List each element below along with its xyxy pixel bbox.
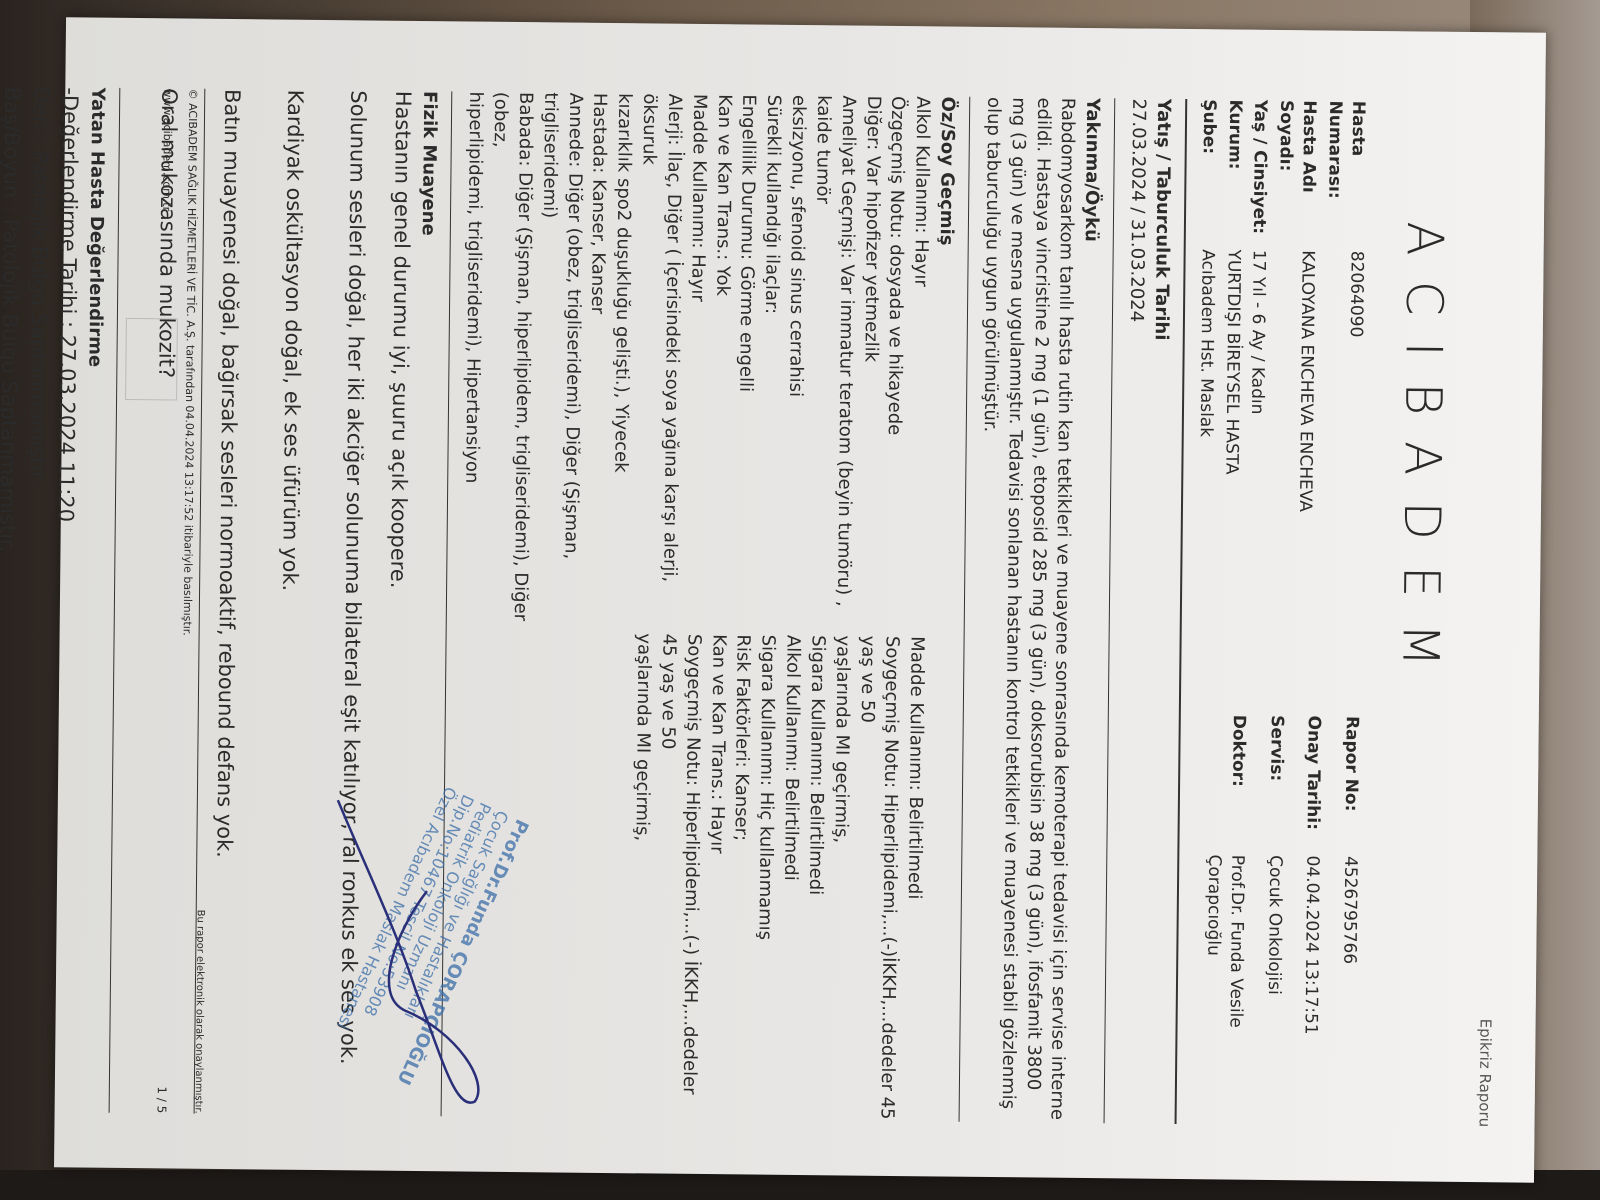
institution: YURTDIŞI BİREYSEL HASTA	[1216, 249, 1244, 714]
history-line: Babada: Diğer (Şişman, hiperlipidem, tri…	[482, 92, 537, 632]
exam-finding: Kardiyak oskültasyon doğal, ek ses üfürü…	[269, 90, 309, 1115]
history-line: Alerji: İlaç, Diğer ( İçerisindeki soya …	[631, 93, 686, 633]
family-history: Madde Kullanımı: BelirtilmediSoygeçmiş N…	[452, 631, 929, 1121]
label-service: Servis:	[1250, 715, 1287, 855]
family-history-line: Soygeçmiş Notu: Hiperlipidemi,...(-)İKKH…	[849, 636, 904, 1121]
signature-icon	[314, 780, 488, 1142]
family-history-line: yaşlarında MI geçirmiş,	[824, 635, 854, 1120]
patient-name: KALOYANA ENCHEVA ENCHEVA	[1267, 250, 1319, 716]
family-history-line: Soygeçmiş Notu: Hiperlipidemi,...(-) İKK…	[651, 633, 706, 1118]
history-line: Annede: Diğer (obez, trigliseridemi), Di…	[532, 92, 587, 632]
family-history-line: Sigara Kullanımı: Belirtilmedi	[800, 635, 830, 1120]
page-number: 1 / 5	[153, 1086, 170, 1113]
label-branch: Şube:	[1196, 99, 1221, 249]
divider	[1174, 99, 1187, 1124]
doctor-stamp-signature: Prof.Dr.Funda ÇORAPÇIOĞLUÇocuk Sağlığı v…	[314, 780, 488, 1142]
service: Çocuk Onkolojisi	[1247, 855, 1286, 1125]
personal-history: Alkol Kullanımı: HayırÖzgeçmiş Notu: dos…	[457, 91, 934, 636]
report-no: 4526795766	[1323, 856, 1361, 1126]
report-info: Rapor No:4526795766 Onay Tarihi:04.04.20…	[1186, 714, 1362, 1126]
label-doctor: Doktor:	[1189, 714, 1250, 855]
acibadem-logo: ACIBADEM	[1381, 221, 1459, 1127]
history-line: Ameliyat Geçmişi: Var immatur teratom (b…	[805, 95, 860, 635]
divider	[108, 88, 120, 1113]
family-history-line: Risk Faktörleri: Kanser;	[725, 634, 755, 1119]
exam-finding: Batın muayenesi doğal, bağırsak sesleri …	[206, 89, 246, 1114]
family-history-line: Alkol Kullanımı: Belirtilmedi	[775, 635, 805, 1120]
family-history-line: Kan ve Kan Trans.: Hayır	[700, 634, 730, 1119]
website-link[interactable]: www.acibadem.com.tr	[159, 88, 175, 211]
epikriz-report-page: Epikriz Raporu ACIBADEM Hasta Numarası:8…	[54, 17, 1546, 1182]
barcode-box	[125, 318, 178, 401]
family-history-line: Sigara Kullanımı: Hiç kullanmamış	[750, 635, 780, 1120]
age-gender: 17 Yıl - 6 Ay / Kadın	[1242, 250, 1270, 715]
history-section: Alkol Kullanımı: HayırÖzgeçmiş Notu: dos…	[452, 91, 934, 1121]
patient-number: 82064090	[1316, 250, 1368, 716]
label-patient-name: Hasta Adı Soyadı:	[1272, 100, 1320, 250]
label-institution: Kurum:	[1221, 99, 1246, 249]
divider	[1104, 98, 1116, 1123]
label-age-gender: Yaş / Cinsiyet:	[1246, 100, 1271, 250]
doctor: Prof.Dr. Funda Vesile Çorapcıoğlu	[1186, 854, 1248, 1124]
family-history-line: Madde Kullanımı: Belirtilmedi	[899, 636, 929, 1121]
patient-info: Hasta Numarası:82064090 Hasta Adı Soyadı…	[1191, 99, 1370, 716]
evaluation-findings: -Değerlendirme Tarihi : 27.03.2024 11:20…	[0, 85, 84, 1113]
label-approval-date: Onay Tarihi:	[1288, 715, 1325, 855]
divider	[959, 97, 971, 1122]
family-history-line: yaşlarında MI geçirmiş,	[626, 633, 656, 1118]
label-patient-number: Hasta Numarası:	[1321, 100, 1369, 250]
patient-header: Hasta Numarası:82064090 Hasta Adı Soyadı…	[1186, 99, 1369, 1126]
label-report-no: Rapor No:	[1326, 716, 1363, 856]
approval-date: 04.04.2024 13:17:51	[1285, 855, 1323, 1125]
document-type: Epikriz Raporu	[1474, 1019, 1496, 1128]
branch: Acıbadem Hst. Maslak	[1191, 249, 1219, 714]
complaint-text: Rabdomyosarkom tanılı hasta rutin kan te…	[970, 97, 1080, 1123]
